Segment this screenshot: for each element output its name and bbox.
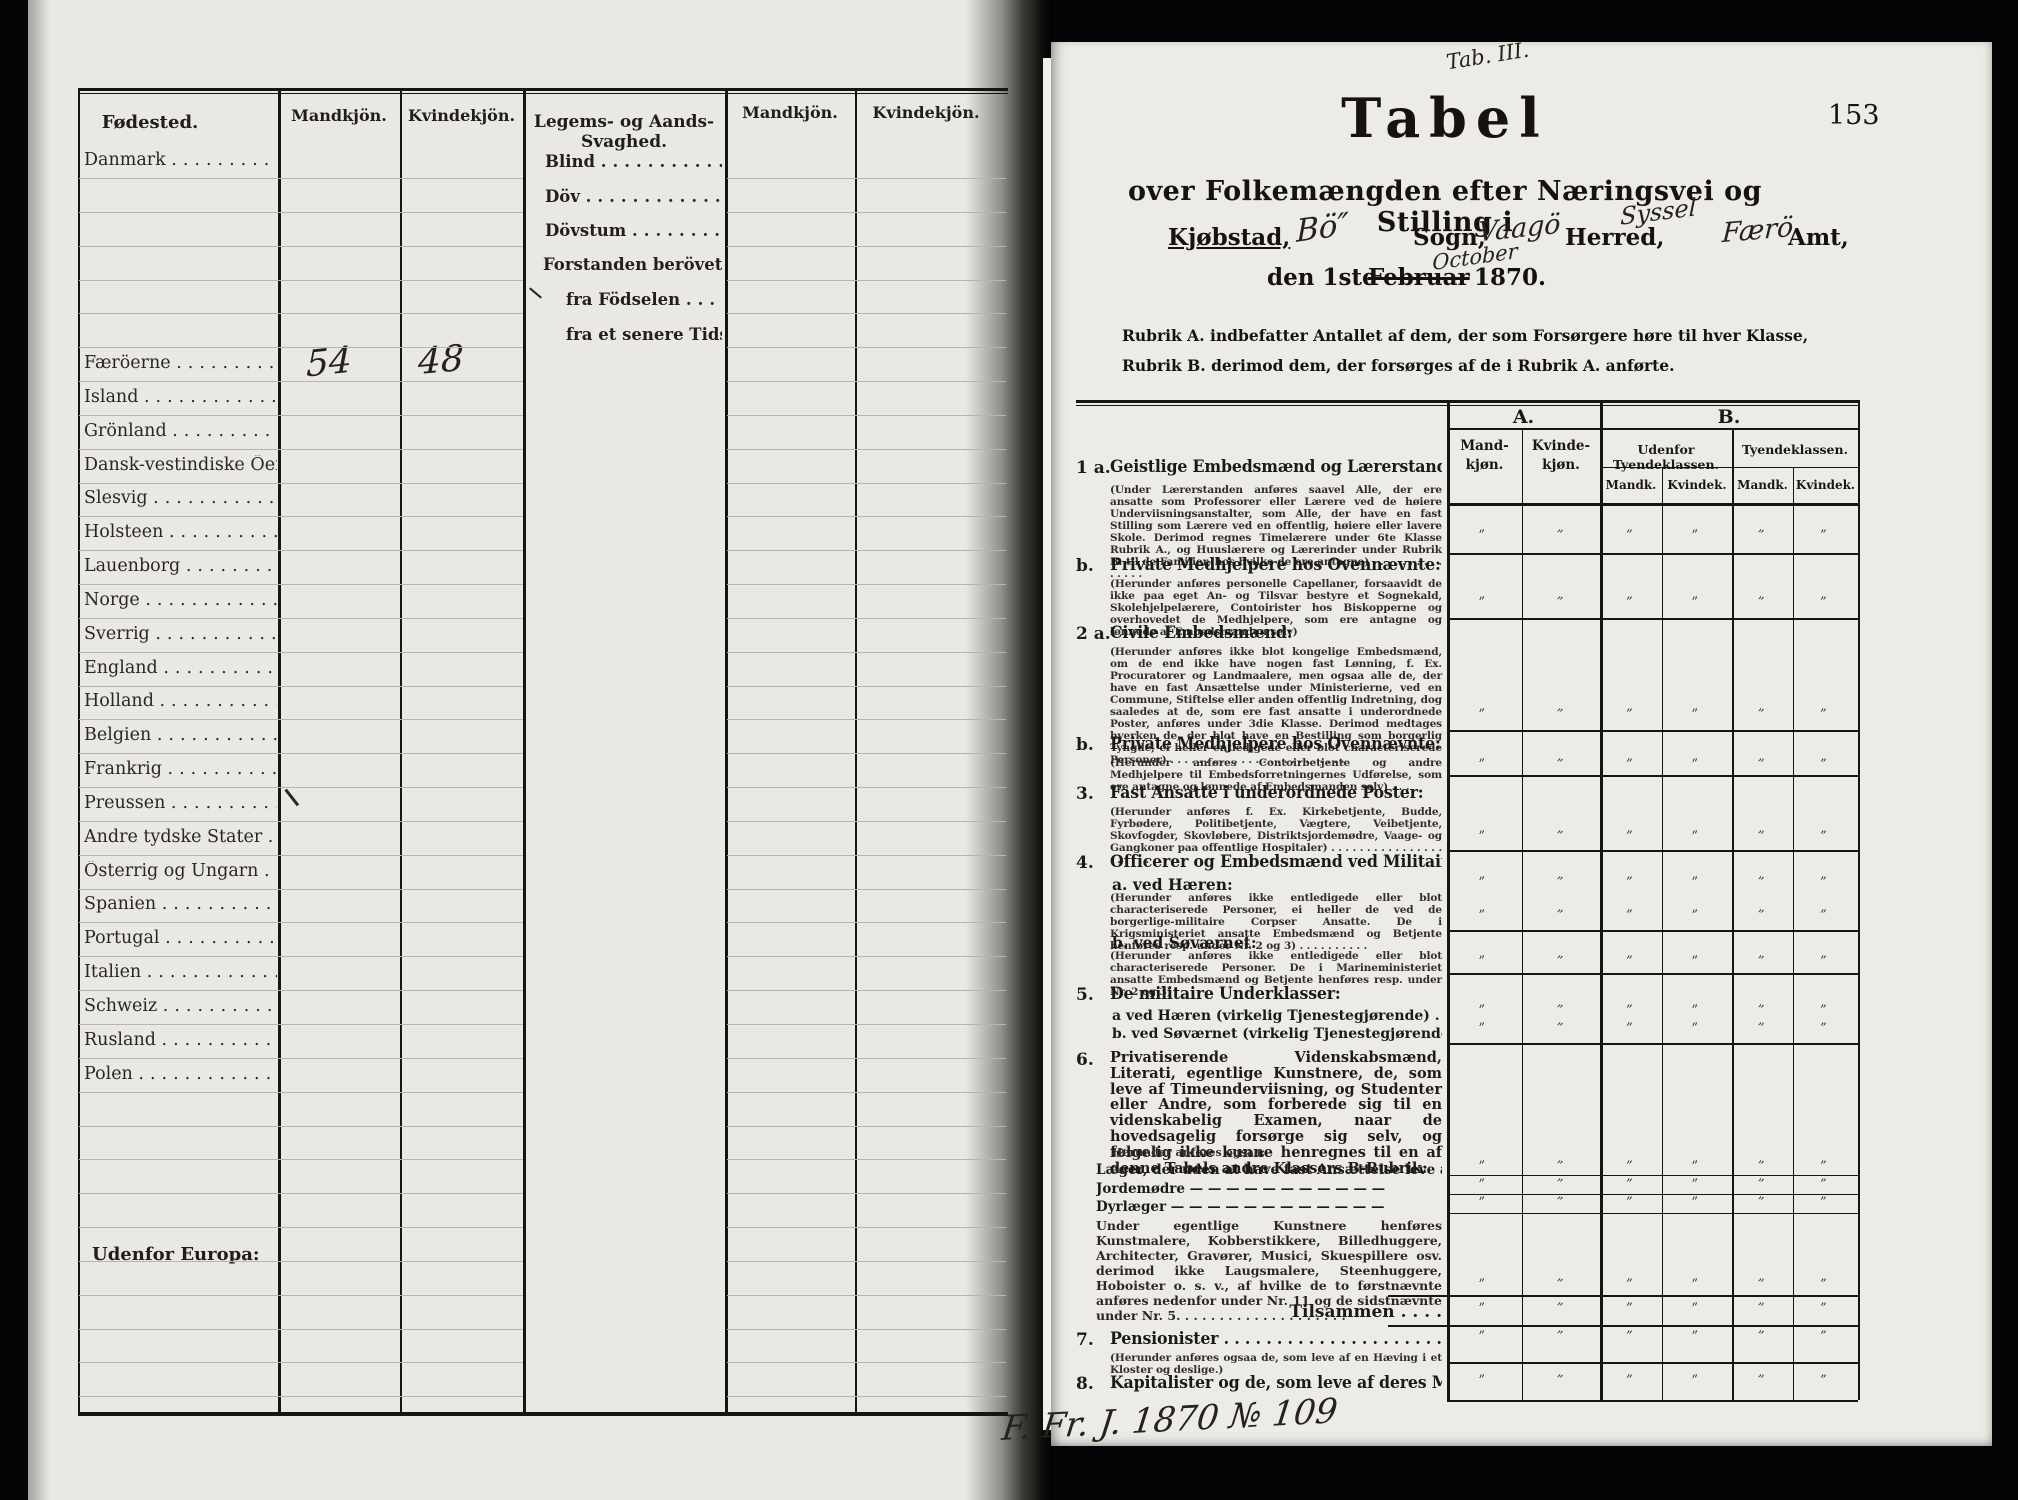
dotted-leader: ........................................ [155, 624, 277, 644]
label-kjobstad: Kjøbstad, [1168, 224, 1290, 251]
handwritten-county: Færö [1721, 212, 1794, 249]
birthplace-row: Frankrig ...............................… [84, 759, 277, 779]
grid-header-tyendeklassen: Tyendeklassen. [1732, 442, 1858, 457]
date-prefix: den 1ste [1267, 264, 1377, 291]
right-grid-tilsammen-rule [1388, 1295, 1858, 1297]
dotted-leader: ........................................ [168, 759, 277, 779]
grid-subheader-mandk-1: Mandk. [1600, 478, 1662, 492]
left-table-row-rule [727, 584, 1006, 585]
infirmity-label: fra et senere Tidspunkt . [566, 325, 722, 344]
left-table-row-rule [727, 313, 1006, 314]
left-table-row-rule [79, 990, 523, 991]
right-grid-row-rule [1447, 618, 1858, 620]
class-number: 6. [1076, 1050, 1094, 1070]
handwritten-ditto-mark: ” [1820, 1195, 1827, 1210]
left-table-row-rule [727, 550, 1006, 551]
dotted-leader: ........................................ [163, 996, 277, 1016]
left-table-row-rule [727, 686, 1006, 687]
infirmity-row: fra et senere Tidspunkt . [566, 325, 722, 344]
class-text: Dyrlæger — — — — — — — — — — — — [1096, 1200, 1442, 1216]
rubrik-b-note: Rubrik B. derimod dem, der forsørges af … [1122, 356, 1675, 375]
birthplace-label: Polen [84, 1064, 138, 1084]
dotted-leader: ........................................ [264, 861, 277, 881]
birthplace-row: Schweiz ................................… [84, 996, 277, 1016]
class-row-block: b. ved Søværnet (virkelig Tjenestegjøren… [1076, 1026, 1442, 1042]
class-row-block: Tilsammen . . . . [1076, 1303, 1442, 1323]
class-text: a ved Hæren (virkelig Tjenestegjørende) … [1112, 1008, 1442, 1024]
handwritten-ditto-mark: ” [1820, 875, 1827, 890]
grid-header-mandkjon-line1: Mand- [1447, 438, 1522, 454]
right-grid-header-bottom [1447, 503, 1858, 506]
handwritten-ditto-mark: ” [1820, 1373, 1827, 1388]
left-table-row-rule [79, 1193, 523, 1194]
dotted-leader: ........................................ [138, 1064, 277, 1084]
handwritten-ditto-mark: ” [1626, 875, 1633, 890]
birthplace-row: Holsteen ...............................… [84, 522, 277, 542]
page-edge-sliver [1043, 58, 1051, 1430]
scanned-census-document: Fødested. Mandkjön. Kvindekjön. Legems- … [0, 0, 2018, 1500]
left-table-row-rule [727, 719, 1006, 720]
dotted-leader: ........................................ [172, 421, 277, 441]
birthplace-row: Österrig og Ungarn .....................… [84, 861, 277, 881]
label-amt: Amt, [1788, 224, 1849, 251]
birthplace-row: Rusland ................................… [84, 1030, 277, 1050]
handwritten-ditto-mark: ” [1820, 954, 1827, 969]
left-table-row-rule [727, 415, 1006, 416]
left-page [28, 0, 1008, 1500]
left-table-row-rule [79, 516, 523, 517]
birthplace-row: Preussen ...............................… [84, 793, 277, 813]
right-grid-row-rule [1447, 1400, 1858, 1402]
left-table-top-rule [78, 88, 1008, 91]
left-table-row-rule [79, 449, 523, 450]
left-table-column-rule [400, 88, 402, 1412]
right-grid-row-rule [1447, 1213, 1858, 1214]
class-row-block: Dyrlæger — — — — — — — — — — — — [1076, 1200, 1442, 1216]
handwritten-ditto-mark: ” [1820, 1301, 1827, 1316]
class-row-block: 8.Kapitalister og de, som leve af deres … [1076, 1374, 1442, 1394]
class-row-block: 4.Officerer og Embedsmænd ved Militair-E… [1076, 853, 1442, 873]
left-table-row-rule [79, 1024, 523, 1025]
handwritten-ditto-mark: ” [1820, 1021, 1827, 1036]
left-table-row-rule [727, 956, 1006, 957]
left-table-row-rule [727, 280, 1006, 281]
right-grid-row-rule [1447, 850, 1858, 852]
class-row-block: Jordemødre — — — — — — — — — — — [1076, 1182, 1442, 1198]
handwritten-ditto-mark: ” [1626, 908, 1633, 923]
class-text: De militaire Underklasser: [1110, 985, 1419, 1005]
class-number: b. [1076, 735, 1094, 755]
birthplace-label: Frankrig [84, 759, 168, 779]
right-grid-column-rule [1793, 467, 1794, 1400]
left-table-row-rule [727, 1058, 1006, 1059]
class-text: Tilsammen . . . . [1076, 1303, 1442, 1323]
left-table-column-rule [725, 88, 728, 1412]
left-table-row-rule [79, 415, 523, 416]
left-table-row-rule [727, 753, 1006, 754]
right-grid-row-rule [1447, 930, 1858, 932]
left-table-row-rule [79, 483, 523, 484]
birthplace-label: Italien [84, 962, 147, 982]
infirmity-label: fra Födselen [566, 290, 686, 309]
class-row-block: (Herunder anføres ogsaa de, som leve af … [1076, 1352, 1442, 1376]
birthplace-label: Holsteen [84, 522, 169, 542]
birthplace-row: Island .................................… [84, 387, 277, 407]
birthplace-row: Færöerne ...............................… [84, 353, 277, 373]
class-row-block: 5.De militaire Underklasser: [1076, 985, 1442, 1005]
handwritten-ditto-mark: ” [1626, 1177, 1633, 1192]
class-row-block: 3.Fast Ansatte i underordnede Poster: [1076, 784, 1442, 804]
left-table-row-rule [727, 246, 1006, 247]
birthplace-label: Grönland [84, 421, 172, 441]
class-row-block: b.Private Medhjelpere hos Ovennævnte: [1076, 735, 1442, 755]
date-year: 1870. [1474, 264, 1546, 291]
left-table-row-rule [79, 1159, 523, 1160]
class-text: Geistlige Embedsmænd og Lærerstanden: [1110, 458, 1419, 478]
dotted-leader: ........................................ [153, 488, 277, 508]
class-text: Herunder anføres ogsaa: [1112, 1147, 1442, 1160]
class-text: Læger, der uden at have fast Ansættelse … [1096, 1163, 1442, 1179]
class-text: Officerer og Embedsmænd ved Militair-Eta… [1110, 853, 1419, 873]
right-table-top-rule-inner [1076, 405, 1858, 406]
left-table-top-rule-inner [78, 93, 1008, 94]
birthplace-label: Island [84, 387, 144, 407]
class-text: Pensionister . . . . . . . . . . . . . .… [1110, 1330, 1419, 1350]
class-text: Civile Embedsmænd: [1110, 624, 1419, 644]
handwritten-ditto-mark: ” [1820, 707, 1827, 722]
left-table-row-rule [727, 1227, 1006, 1228]
dotted-leader: ........................................ [169, 522, 277, 542]
class-number: 1 a. [1076, 458, 1111, 478]
left-table-row-rule [727, 212, 1006, 213]
left-table-row-rule [79, 956, 523, 957]
left-table-row-rule [727, 347, 1006, 348]
left-table-row-rule [727, 483, 1006, 484]
rubrik-a-note: Rubrik A. indbefatter Antallet af dem, d… [1122, 326, 1808, 345]
birthplace-row: Holland ................................… [84, 691, 277, 711]
birthplace-row: Norge ..................................… [84, 590, 277, 610]
birthplace-row: Portugal ...............................… [84, 928, 277, 948]
grid-header-kvindekjon-line1: Kvinde- [1522, 438, 1600, 454]
class-text: (Herunder anføres ogsaa de, som leve af … [1110, 1352, 1442, 1376]
left-table-row-rule [79, 1126, 523, 1127]
birthplace-label: Lauenborg [84, 556, 186, 576]
handwritten-ditto-mark: ” [1626, 1159, 1633, 1174]
left-table-row-rule [79, 855, 523, 856]
infirmity-row: Blind .............................. [545, 152, 722, 171]
right-grid-column-rule [1522, 428, 1523, 1400]
left-table-row-rule [79, 787, 523, 788]
left-page-edge-shadow [28, 0, 50, 1500]
left-table-row-rule [79, 753, 523, 754]
birthplace-label: Österrig og Ungarn [84, 861, 264, 881]
handwritten-ditto-mark: ” [1820, 1329, 1827, 1344]
handwritten-ditto-mark: ” [1626, 954, 1633, 969]
col-header-mandkjon: Mandkjön. [278, 106, 400, 125]
left-table-row-rule [727, 855, 1006, 856]
birthplace-label: Schweiz [84, 996, 163, 1016]
dotted-leader: ........................................ [159, 691, 277, 711]
handwritten-ditto-mark: ” [1626, 1373, 1633, 1388]
dotted-leader: .............................. [686, 290, 722, 309]
left-table-row-rule [727, 1024, 1006, 1025]
birthplace-label: Færöerne [84, 353, 176, 373]
dotted-leader: ........................................ [162, 894, 277, 914]
birthplace-label: Portugal [84, 928, 165, 948]
left-table-row-rule [79, 280, 523, 281]
right-grid-column-rule [1600, 400, 1603, 1400]
birthplace-row: Dansk-vestindiske Öer ..................… [84, 455, 277, 475]
birthplace-label: Belgien [84, 725, 157, 745]
left-table-column-rule [278, 88, 281, 1412]
handwritten-ditto-mark: ” [1626, 757, 1633, 772]
left-table-column-rule [523, 88, 526, 1412]
birthplace-label: Norge [84, 590, 145, 610]
left-table-row-rule [727, 449, 1006, 450]
handwritten-town: Bö″ [1296, 206, 1349, 250]
right-grid-row-rule [1447, 973, 1858, 975]
left-table-row-rule [79, 381, 523, 382]
dotted-leader: ........................................ [268, 827, 277, 847]
infirmity-label: Dövstum [545, 221, 632, 240]
birthplace-row: Polen ..................................… [84, 1064, 277, 1084]
left-table-row-rule [727, 618, 1006, 619]
birthplace-row: Lauenborg ..............................… [84, 556, 277, 576]
handwritten-ditto-mark: ” [1820, 528, 1827, 543]
left-table-row-rule [79, 652, 523, 653]
class-number: 8. [1076, 1374, 1094, 1394]
dotted-leader: ........................................ [147, 962, 277, 982]
infirmity-row: fra Födselen ...........................… [566, 290, 722, 309]
birthplace-label: Danmark [84, 150, 171, 170]
left-table-row-rule [79, 212, 523, 213]
dotted-leader: ........................................ [144, 387, 277, 407]
dotted-leader: ........................................ [162, 1030, 278, 1050]
left-table-row-rule [79, 1396, 523, 1397]
class-number: 7. [1076, 1330, 1094, 1350]
handwritten-ditto-mark: ” [1626, 1301, 1633, 1316]
left-table-row-rule [727, 1092, 1006, 1093]
dotted-leader: ........................................ [163, 658, 277, 678]
right-grid-row-rule [1447, 553, 1858, 555]
right-table-top-rule [1076, 400, 1858, 403]
grid-subheader-kvindek-1: Kvindek. [1662, 478, 1732, 492]
handwritten-ditto-mark: ” [1820, 908, 1827, 923]
right-grid-row-rule [1447, 1175, 1858, 1176]
class-text: b. ved Søværnet (virkelig Tjenestegjøren… [1112, 1026, 1442, 1042]
class-row-block: 1 a.Geistlige Embedsmænd og Lærerstanden… [1076, 458, 1442, 478]
label-herred: Herred, [1565, 224, 1664, 251]
class-row-block: a ved Hæren (virkelig Tjenestegjørende) … [1076, 1008, 1442, 1024]
infirmity-row: Dövstum .............................. [545, 221, 722, 240]
left-table-row-rule [727, 922, 1006, 923]
left-table-row-rule [727, 381, 1006, 382]
birthplace-label: Slesvig [84, 488, 153, 508]
left-table-row-rule [79, 1092, 523, 1093]
handwritten-ditto-mark: ” [1626, 829, 1633, 844]
infirmity-label: Döv [545, 187, 586, 206]
left-table-row-rule [727, 889, 1006, 890]
left-table-row-rule [79, 618, 523, 619]
grid-header-a: A. [1447, 406, 1600, 428]
class-row-block: 2 a.Civile Embedsmænd: [1076, 624, 1442, 644]
handwritten-ditto-mark: ” [1626, 1003, 1633, 1018]
handwritten-ditto-mark: ” [1626, 1021, 1633, 1036]
left-table-row-rule [727, 1193, 1006, 1194]
birthplace-label: Spanien [84, 894, 162, 914]
class-number: 2 a. [1076, 624, 1111, 644]
left-table-row-rule [79, 1362, 523, 1363]
left-table-row-rule [79, 821, 523, 822]
handwritten-ditto-mark: ” [1820, 595, 1827, 610]
class-text: Jordemødre — — — — — — — — — — — [1096, 1182, 1442, 1198]
birthplace-row: Danmark ................................… [84, 150, 277, 170]
birthplace-label: Rusland [84, 1030, 162, 1050]
page-number: 153 [1828, 100, 1880, 131]
col-header-kvindekjon: Kvindekjön. [400, 106, 523, 125]
birthplace-row: Italien ................................… [84, 962, 277, 982]
birthplace-row: Slesvig ................................… [84, 488, 277, 508]
grid-header-mandkjon-line2: kjøn. [1447, 457, 1522, 473]
dotted-leader: ........................................ [186, 556, 277, 576]
handwritten-ditto-mark: ” [1820, 1277, 1827, 1292]
class-text: Private Medhjelpere hos Ovennævnte: [1110, 735, 1419, 755]
grid-header-kvindekjon-line2: kjøn. [1522, 457, 1600, 473]
dotted-leader: .............................. [632, 221, 722, 240]
handwritten-ditto-mark: ” [1626, 1329, 1633, 1344]
left-table-row-rule [727, 652, 1006, 653]
birthplace-label: Andre tydske Stater [84, 827, 268, 847]
birthplace-label: Dansk-vestindiske Öer [84, 455, 277, 475]
left-table-row-rule [79, 246, 523, 247]
right-grid-rule [1600, 467, 1858, 468]
grid-subheader-mandk-2: Mandk. [1732, 478, 1793, 492]
dotted-leader: .............................. [601, 152, 722, 171]
left-table-row-rule [79, 1227, 523, 1228]
left-table-bottom-rule [78, 1412, 1008, 1416]
dotted-leader: ........................................ [171, 793, 277, 813]
birthplace-row: Grönland ...............................… [84, 421, 277, 441]
dotted-leader: ........................................ [165, 928, 277, 948]
left-table-row-rule [79, 584, 523, 585]
right-grid-row-rule [1447, 1194, 1858, 1195]
left-table-row-rule [79, 178, 523, 179]
right-grid-row-rule [1447, 730, 1858, 732]
birthplace-row: England ................................… [84, 658, 277, 678]
left-table-row-rule [727, 821, 1006, 822]
birthplace-row: Belgien ................................… [84, 725, 277, 745]
left-table-row-rule [727, 990, 1006, 991]
col-header-fodested: Fødested. [50, 112, 250, 133]
dotted-leader: ........................................ [176, 353, 277, 373]
handwritten-ditto-mark: ” [1820, 1003, 1827, 1018]
left-table-row-rule [727, 1295, 1006, 1296]
dotted-leader: ........................................ [145, 590, 277, 610]
left-table-row-rule [79, 347, 523, 348]
class-text: Private Medhjelpere hos Ovennævnte: [1110, 556, 1419, 576]
infirmity-row: Döv .............................. [545, 187, 722, 206]
birthplace-label: Preussen [84, 793, 171, 813]
left-table-column-rule [855, 88, 857, 1412]
left-table-row-rule [79, 550, 523, 551]
infirmity-label: Forstanden berövet: [543, 255, 722, 274]
left-table-column-rule [78, 88, 80, 1412]
left-table-row-rule [79, 313, 523, 314]
handwritten-ditto-mark: ” [1820, 829, 1827, 844]
birthplace-row: Andre tydske Stater ....................… [84, 827, 277, 847]
right-grid-rule [1447, 428, 1858, 430]
right-grid-column-rule [1662, 467, 1663, 1400]
grid-header-b: B. [1600, 406, 1858, 428]
col-header-kvindekjon-2: Kvindekjön. [855, 103, 997, 122]
dotted-leader: ........................................ [171, 150, 277, 170]
handwritten-ditto-mark: ” [1626, 707, 1633, 722]
class-number: 4. [1076, 853, 1094, 873]
left-table-row-rule [727, 1159, 1006, 1160]
class-text: Fast Ansatte i underordnede Poster: [1110, 784, 1419, 804]
col-header-legems-svaghed: Legems- og Aands-Svaghed. [523, 112, 725, 152]
handwritten-ditto-mark: ” [1626, 595, 1633, 610]
birthplace-label: Sverrig [84, 624, 155, 644]
right-grid-tilsammen-rule [1388, 1325, 1858, 1327]
left-table-row-rule [79, 719, 523, 720]
col-header-mandkjon-2: Mandkjön. [725, 103, 855, 122]
class-number: 3. [1076, 784, 1094, 804]
left-table-row-rule [727, 1396, 1006, 1397]
left-table-row-rule [727, 178, 1006, 179]
left-table-row-rule [727, 1329, 1006, 1330]
left-table-row-rule [79, 922, 523, 923]
left-table-row-rule [79, 1329, 523, 1330]
birthplace-row: Spanien ................................… [84, 894, 277, 914]
left-table-row-rule [727, 516, 1006, 517]
left-table-row-rule [79, 1058, 523, 1059]
birthplace-row: Sverrig ................................… [84, 624, 277, 644]
grid-subheader-kvindek-2: Kvindek. [1793, 478, 1858, 492]
class-number: 5. [1076, 985, 1094, 1005]
left-table-row-rule [79, 1295, 523, 1296]
birthplace-label: England [84, 658, 163, 678]
class-row-block: b.Private Medhjelpere hos Ovennævnte: [1076, 556, 1442, 576]
class-row-block: Herunder anføres ogsaa: [1076, 1147, 1442, 1160]
page-title: Tabel [1075, 86, 1815, 150]
right-grid-row-rule [1447, 1043, 1858, 1045]
left-table-row-rule [727, 1126, 1006, 1127]
left-table-row-rule [79, 1261, 523, 1262]
right-grid-row-rule [1447, 775, 1858, 777]
dotted-leader: ........................................ [157, 725, 277, 745]
right-grid-column-rule [1447, 400, 1450, 1400]
class-text: Kapitalister og de, som leve af deres Mi… [1110, 1374, 1419, 1394]
handwritten-count-faeroerne-female: 48 [418, 338, 464, 383]
left-table-row-rule [79, 686, 523, 687]
handwritten-ditto-mark: ” [1820, 757, 1827, 772]
left-table-row-rule [727, 787, 1006, 788]
handwritten-ditto-mark: ” [1626, 528, 1633, 543]
infirmity-row: Forstanden berövet: [543, 255, 722, 274]
class-number: b. [1076, 556, 1094, 576]
birthplace-label: Holland [84, 691, 159, 711]
class-row-block: 7.Pensionister . . . . . . . . . . . . .… [1076, 1330, 1442, 1350]
left-table-row-rule [79, 889, 523, 890]
class-row-block: Læger, der uden at have fast Ansættelse … [1076, 1163, 1442, 1179]
right-grid-column-rule [1858, 400, 1860, 1400]
infirmity-label: Blind [545, 152, 601, 171]
handwritten-ditto-mark: ” [1626, 1277, 1633, 1292]
right-grid-row-rule [1447, 1362, 1858, 1364]
right-grid-column-rule [1732, 428, 1734, 1400]
handwritten-ditto-mark: ” [1626, 1195, 1633, 1210]
